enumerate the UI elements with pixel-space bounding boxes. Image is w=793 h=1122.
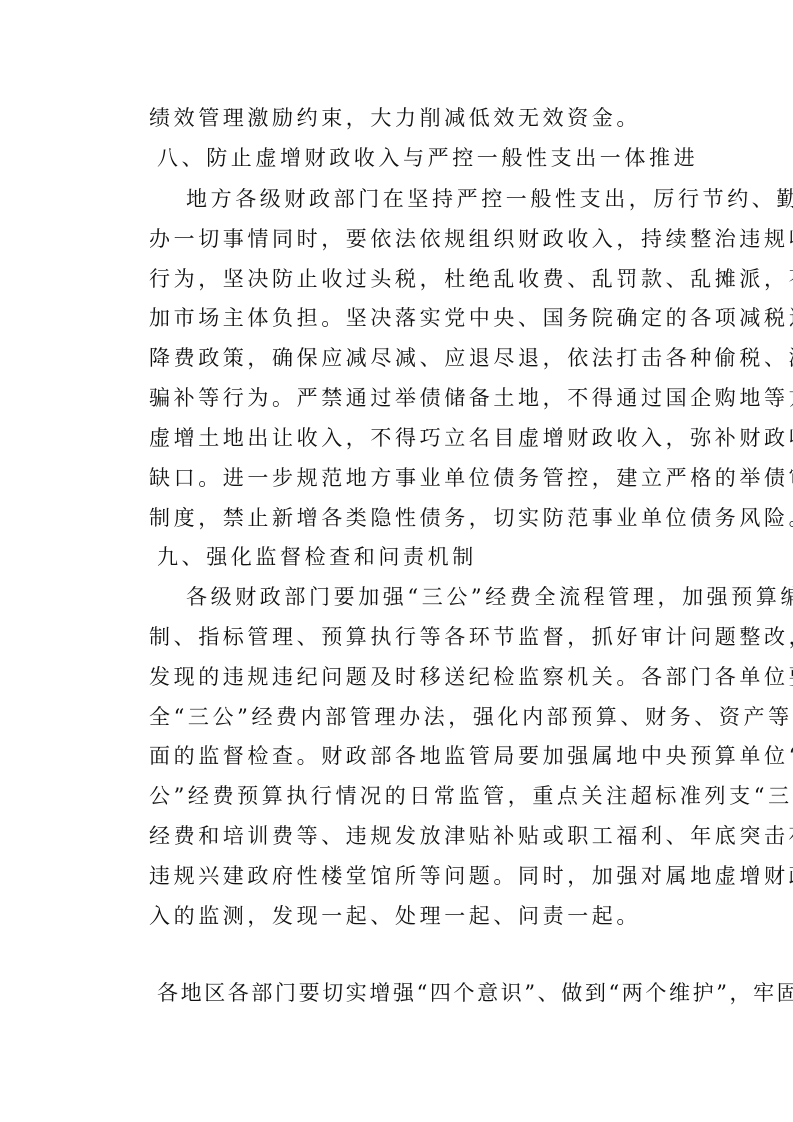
paragraph-line: 入的监测，发现一起、处理一起、问责一起。 [149, 896, 689, 936]
section-heading-9: 九、强化监督检查和问责机制 [157, 537, 697, 577]
paragraph-line: 办一切事情同时，要依法依规组织财政收入，持续整治违规收费 [149, 219, 689, 259]
paragraph-line: 虚增土地出让收入，不得巧立名目虚增财政收入，弥补财政收入 [149, 418, 689, 458]
paragraph-line: 各地区各部门要切实增强“四个意识”、做到“两个维护”，牢固 [157, 973, 697, 1013]
paragraph-line: 缺口。进一步规范地方事业单位债务管控，建立严格的举债审批 [149, 458, 689, 498]
paragraph-line: 制、指标管理、预算执行等各环节监督，抓好审计问题整改，对 [149, 617, 689, 657]
paragraph-line: 全“三公”经费内部管理办法，强化内部预算、财务、资产等方 [149, 697, 689, 737]
paragraph-line: 骗补等行为。严禁通过举债储备土地，不得通过国企购地等方式 [149, 378, 689, 418]
document-page: 绩效管理激励约束，大力削减低效无效资金。 八、防止虚增财政收入与严控一般性支出一… [0, 0, 793, 1122]
paragraph-line: 面的监督检查。财政部各地监管局要加强属地中央预算单位“三 [149, 736, 689, 776]
paragraph-line: 绩效管理激励约束，大力削减低效无效资金。 [149, 98, 689, 138]
paragraph-line: 经费和培训费等、违规发放津贴补贴或职工福利、年底突击花钱、 [149, 816, 689, 856]
paragraph-line: 行为，坚决防止收过头税，杜绝乱收费、乱罚款、乱摊派，不增 [149, 259, 689, 299]
paragraph-line: 公”经费预算执行情况的日常监管，重点关注超标准列支“三公” [149, 776, 689, 816]
paragraph-line: 发现的违规违纪问题及时移送纪检监察机关。各部门各单位要健 [149, 657, 689, 697]
section-heading-8: 八、防止虚增财政收入与严控一般性支出一体推进 [157, 138, 697, 178]
paragraph-line: 制度，禁止新增各类隐性债务，切实防范事业单位债务风险。 [149, 498, 689, 538]
paragraph-line: 降费政策，确保应减尽减、应退尽退，依法打击各种偷税、漏税、 [149, 338, 689, 378]
paragraph-line: 地方各级财政部门在坚持严控一般性支出，厉行节约、勤俭 [186, 179, 726, 219]
paragraph-line: 违规兴建政府性楼堂馆所等问题。同时，加强对属地虚增财政收 [149, 856, 689, 896]
paragraph-line: 加市场主体负担。坚决落实党中央、国务院确定的各项减税退税 [149, 298, 689, 338]
paragraph-line: 各级财政部门要加强“三公”经费全流程管理，加强预算编 [186, 577, 726, 617]
